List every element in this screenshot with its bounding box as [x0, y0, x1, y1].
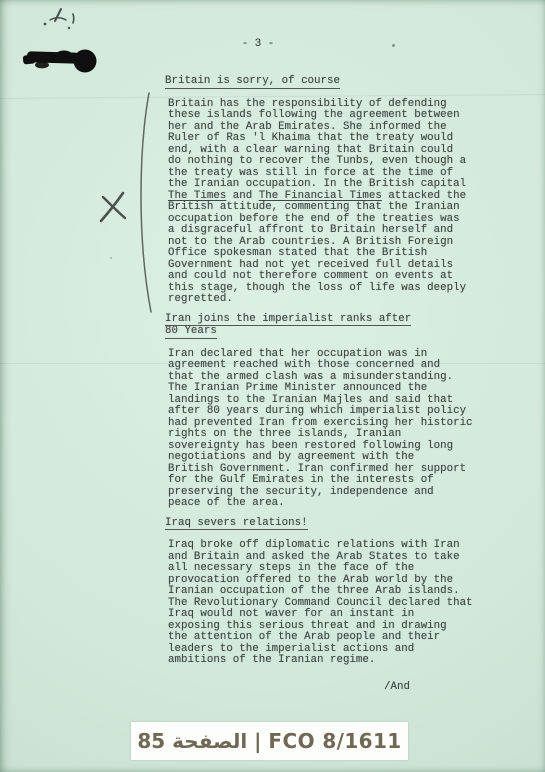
section-paragraph: Iran declared that her occupation was in… [165, 349, 485, 510]
text-line: Iraq would not waver for an instant in [168, 609, 485, 621]
text-line: a disgraceful affront to Britain herself… [168, 225, 485, 237]
pencil-margin-line-icon [132, 88, 158, 318]
document-body: Britain is sorry, of course Britain has … [165, 76, 485, 675]
section-heading-line: Britain is sorry, of course [165, 76, 485, 89]
pen-scribble-icon [28, 4, 88, 38]
text-line: peace of the area. [168, 498, 485, 510]
archive-reference-badge: الصفحة 85 | FCO 8/1611 [131, 722, 408, 760]
text-line: Ruler of Ras 'l Khaima that the treaty w… [168, 133, 485, 145]
text-line: do nothing to recover the Tunbs, even th… [168, 156, 485, 168]
text-line: Iranian occupation of the three Arab isl… [168, 586, 485, 598]
section-heading-line: Iraq severs relations! [165, 518, 485, 531]
document-section: Britain is sorry, of course Britain has … [165, 76, 485, 306]
text-line: after 80 years during which imperialist … [168, 406, 485, 418]
text-line: The Iranian Prime Minister announced the [168, 383, 485, 395]
text-line: and could not therefore comment on event… [168, 271, 485, 283]
pencil-x-mark-icon [94, 186, 136, 230]
section-heading: Iran joins the imperialist ranks after80… [165, 314, 485, 339]
paper-speck [392, 44, 395, 47]
text-line: for the Gulf Emirates in the interests o… [168, 475, 485, 487]
text-line: ambitions of the Iranian regime. [168, 655, 485, 667]
document-section: Iran joins the imperialist ranks after80… [165, 314, 485, 510]
text-line: Iraq broke off diplomatic relations with… [168, 540, 485, 552]
archive-reference-text: الصفحة 85 | FCO 8/1611 [137, 729, 401, 753]
text-line: all necessary steps in the face of the [168, 563, 485, 575]
text-line: rights on the three islands, Iranian [168, 429, 485, 441]
continuation-mark: /And [384, 682, 410, 694]
text-line: agreement reached with those concerned a… [168, 360, 485, 372]
text-line: British attitude, commenting that the Ir… [168, 202, 485, 214]
text-line: regretted. [168, 294, 485, 306]
ink-blot-icon [20, 42, 106, 78]
section-paragraph: Britain has the responsibility of defend… [165, 99, 485, 306]
section-heading: Iraq severs relations! [165, 518, 485, 531]
text-line: negotiations and by agreement with the [168, 452, 485, 464]
text-line: these islands following the agreement be… [168, 110, 485, 122]
section-heading: Britain is sorry, of course [165, 76, 485, 89]
paper-speck [110, 257, 112, 259]
scanned-document-page: - 3 - Britain is sorry, of course Britai… [0, 0, 545, 772]
document-section: Iraq severs relations! Iraq broke off di… [165, 518, 485, 667]
section-heading-line: 80 Years [165, 326, 485, 339]
page-number: - 3 - [165, 39, 351, 51]
text-line: the attention of the Arab people and the… [168, 632, 485, 644]
section-paragraph: Iraq broke off diplomatic relations with… [165, 540, 485, 667]
text-line: Office spokesman stated that the British [168, 248, 485, 260]
